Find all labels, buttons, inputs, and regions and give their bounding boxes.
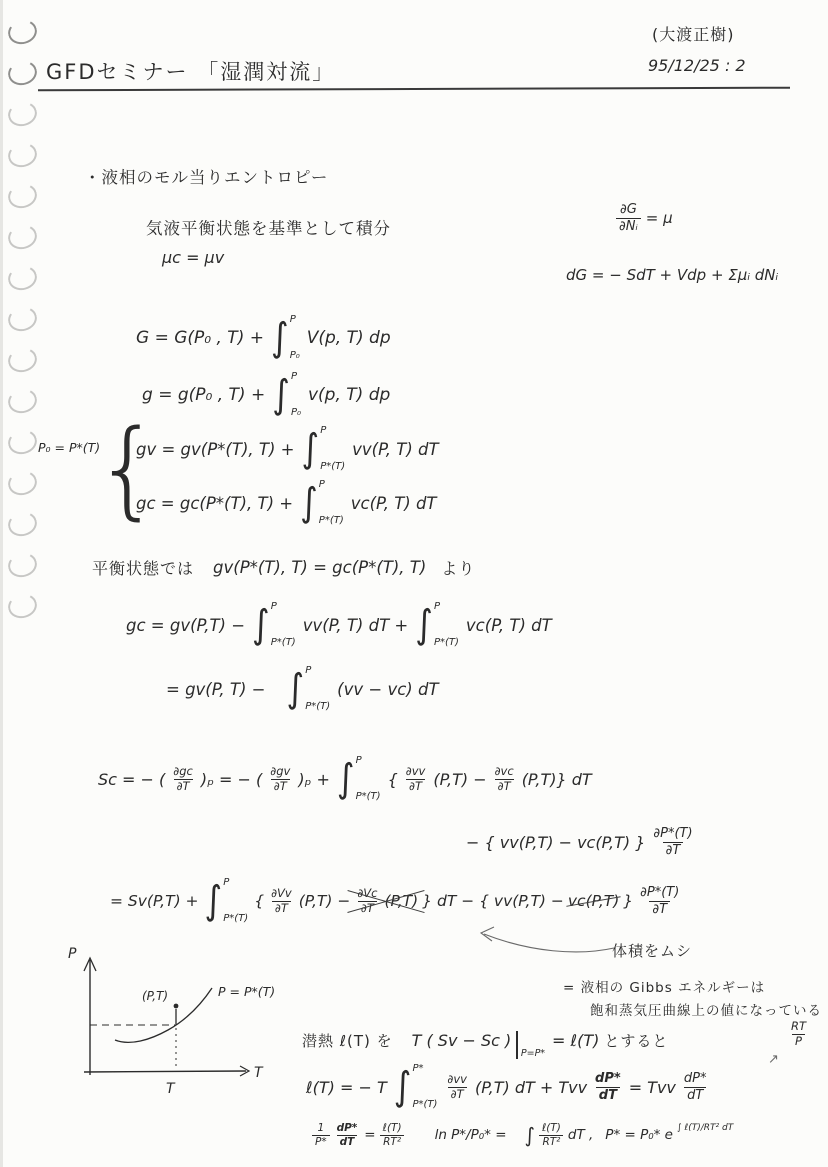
t-axis-label: T <box>254 1065 264 1081</box>
binding-holes <box>8 20 37 635</box>
integral-sign: ∫ PP*(T) <box>205 878 249 924</box>
page-title: GFDセミナー 「湿潤対流」 <box>46 56 335 86</box>
gibbs-note-line1: = 液相の Gibbs エネルギーは <box>563 976 765 996</box>
dvv-dT-fraction: ∂vv∂T <box>444 1073 470 1102</box>
volume-note-arrow <box>468 918 618 956</box>
mu-equality: μc = μv <box>162 248 224 267</box>
binding-hole <box>6 509 40 539</box>
eq-gv: gv = gv(P*(T), T) + ∫ PP*(T) vv(P, T) dT <box>136 426 439 472</box>
arrow-curve <box>484 934 614 952</box>
dvc-dT-fraction: ∂vc∂T <box>492 765 517 794</box>
author-name: (大渡正樹) <box>652 22 735 45</box>
gibbs-differential: dG = − SdT + Vdp + Σμᵢ dNᵢ <box>566 266 778 284</box>
binding-hole <box>6 181 40 211</box>
eq-g: g = g(P₀ , T) + ∫ PP₀ v(p, T) dp <box>142 372 390 418</box>
integral-sign: ∫ PP*(T) <box>301 426 345 472</box>
premise-line: 気液平衡状態を基準として積分 <box>146 215 391 239</box>
eq-sc: Sc = − ( ∂gc∂T )ₚ = − ( ∂gv∂T )ₚ + ∫ PP*… <box>98 756 592 802</box>
rt-over-p-note: RT P <box>788 1020 809 1049</box>
binding-hole <box>6 386 40 416</box>
dPstar-dT-fraction: dP*dT <box>592 1071 624 1103</box>
integral-sign: ∫ PP*(T) <box>252 602 296 648</box>
dgc-dT-fraction: ∂gc∂T <box>170 765 196 794</box>
binding-hole <box>6 222 40 252</box>
dgv-dT-fraction: ∂gv∂T <box>267 765 293 794</box>
curve-label: P = P*(T) <box>218 984 275 999</box>
arrow-head <box>481 927 494 941</box>
binding-hole <box>6 345 40 375</box>
binding-hole <box>6 58 40 88</box>
evaluation-bar <box>516 1031 518 1059</box>
dPstar-dT-fraction: dP*dT <box>681 1071 710 1103</box>
eq-gc-expanded: gc = gv(P,T) − ∫ PP*(T) vv(P, T) dT + ∫ … <box>126 602 552 648</box>
integral-sign: ∫ P*P*(T) <box>394 1064 438 1110</box>
dPstar-dT-fraction: ∂P*(T)∂T <box>637 885 682 917</box>
integral-sign: ∫ PP₀ <box>272 372 301 418</box>
exponent: ∫ ℓ(T)/RT² dT <box>677 1123 733 1133</box>
eq-latent-heat: ℓ(T) = − T ∫ P*P*(T) ∂vv∂T (P,T) dT + Tv… <box>306 1064 709 1110</box>
dvv-dT-fraction: ∂vv∂T <box>403 765 429 794</box>
dVc-dT-fraction: ∂Vc∂T <box>354 887 380 916</box>
t-tick-label: T <box>166 1081 176 1097</box>
point-label: (P,T) <box>142 989 168 1003</box>
one-over-Pstar-fraction: 1P* <box>312 1122 330 1148</box>
eq-gc-combined: = gv(P, T) − ∫ PP*(T) (vv − vc) dT <box>166 666 439 712</box>
binding-hole <box>6 17 40 47</box>
integral-sign: ∫ PP*(T) <box>287 666 331 712</box>
gibbs-note-line2: 飽和蒸気圧曲線上の値になっている <box>590 999 822 1019</box>
integral-sign: ∫ PP*(T) <box>337 756 381 802</box>
date-note: 95/12/25 : 2 <box>648 56 746 75</box>
dVv-dT-fraction: ∂Vv∂T <box>268 887 295 916</box>
binding-hole <box>6 591 40 621</box>
arrow-up-right-icon: ↗ <box>768 1052 779 1067</box>
binding-hole <box>6 468 40 498</box>
title-underline <box>38 87 790 92</box>
t-axis <box>84 1071 246 1072</box>
crossed-out-vc: vc(P,T) <box>568 892 619 910</box>
volume-ignored-note: 体積をムシ <box>612 940 692 961</box>
system-condition-label: P₀ = P*(T) <box>38 440 100 455</box>
dPstar-dT-fraction: ∂P*(T)∂T <box>650 826 695 858</box>
binding-hole <box>6 304 40 334</box>
integral-sign: ∫ PP*(T) <box>300 480 344 526</box>
dG-dN-fraction: ∂G ∂Nᵢ <box>616 202 641 234</box>
lT-over-RT2-fraction: ℓ(T)RT² <box>380 1122 405 1148</box>
dPstar-dT-fraction: dP*dT <box>334 1122 361 1148</box>
binding-hole <box>6 427 40 457</box>
crossed-out-term: ∂Vc∂T (P,T) <box>354 887 418 916</box>
eq-clausius-clapeyron: 1P* dP*dT = ℓ(T)RT² ln P*/P₀* = ∫ ℓ(T)RT… <box>312 1122 733 1148</box>
lT-over-RT2-fraction: ℓ(T)RT² <box>539 1122 564 1148</box>
partial-G-relation: ∂G ∂Nᵢ = μ <box>616 202 673 234</box>
eq-gc: gc = gc(P*(T), T) + ∫ PP*(T) vc(P, T) dT <box>136 480 437 526</box>
binding-hole <box>6 263 40 293</box>
notebook-page: GFDセミナー 「湿潤対流」 (大渡正樹) 95/12/25 : 2 ・液相のモ… <box>0 0 828 1167</box>
eq-G: G = G(P₀ , T) + ∫ PP₀ V(p, T) dp <box>136 315 391 361</box>
integral-sign: ∫ <box>525 1123 535 1147</box>
heading-molar-entropy: ・液相のモル当りエントロピー <box>84 164 328 188</box>
integral-sign: ∫ PP₀ <box>271 315 300 361</box>
binding-hole <box>6 550 40 580</box>
equilibrium-line: 平衡状態では gv(P*(T), T) = gc(P*(T), T) より <box>92 556 475 579</box>
eq-sc-continuation: − { vv(P,T) − vc(P,T) } ∂P*(T)∂T <box>466 826 696 858</box>
binding-hole <box>6 140 40 170</box>
scan-edge <box>0 0 3 1167</box>
state-point <box>174 1004 179 1009</box>
integral-sign: ∫ PP*(T) <box>415 602 459 648</box>
latent-heat-definition: 潜熱 ℓ(T) を T ( Sv − Sc ) P=P* = ℓ(T) とすると <box>302 1026 668 1054</box>
binding-hole <box>6 99 40 129</box>
p-axis-label: P <box>68 946 77 962</box>
